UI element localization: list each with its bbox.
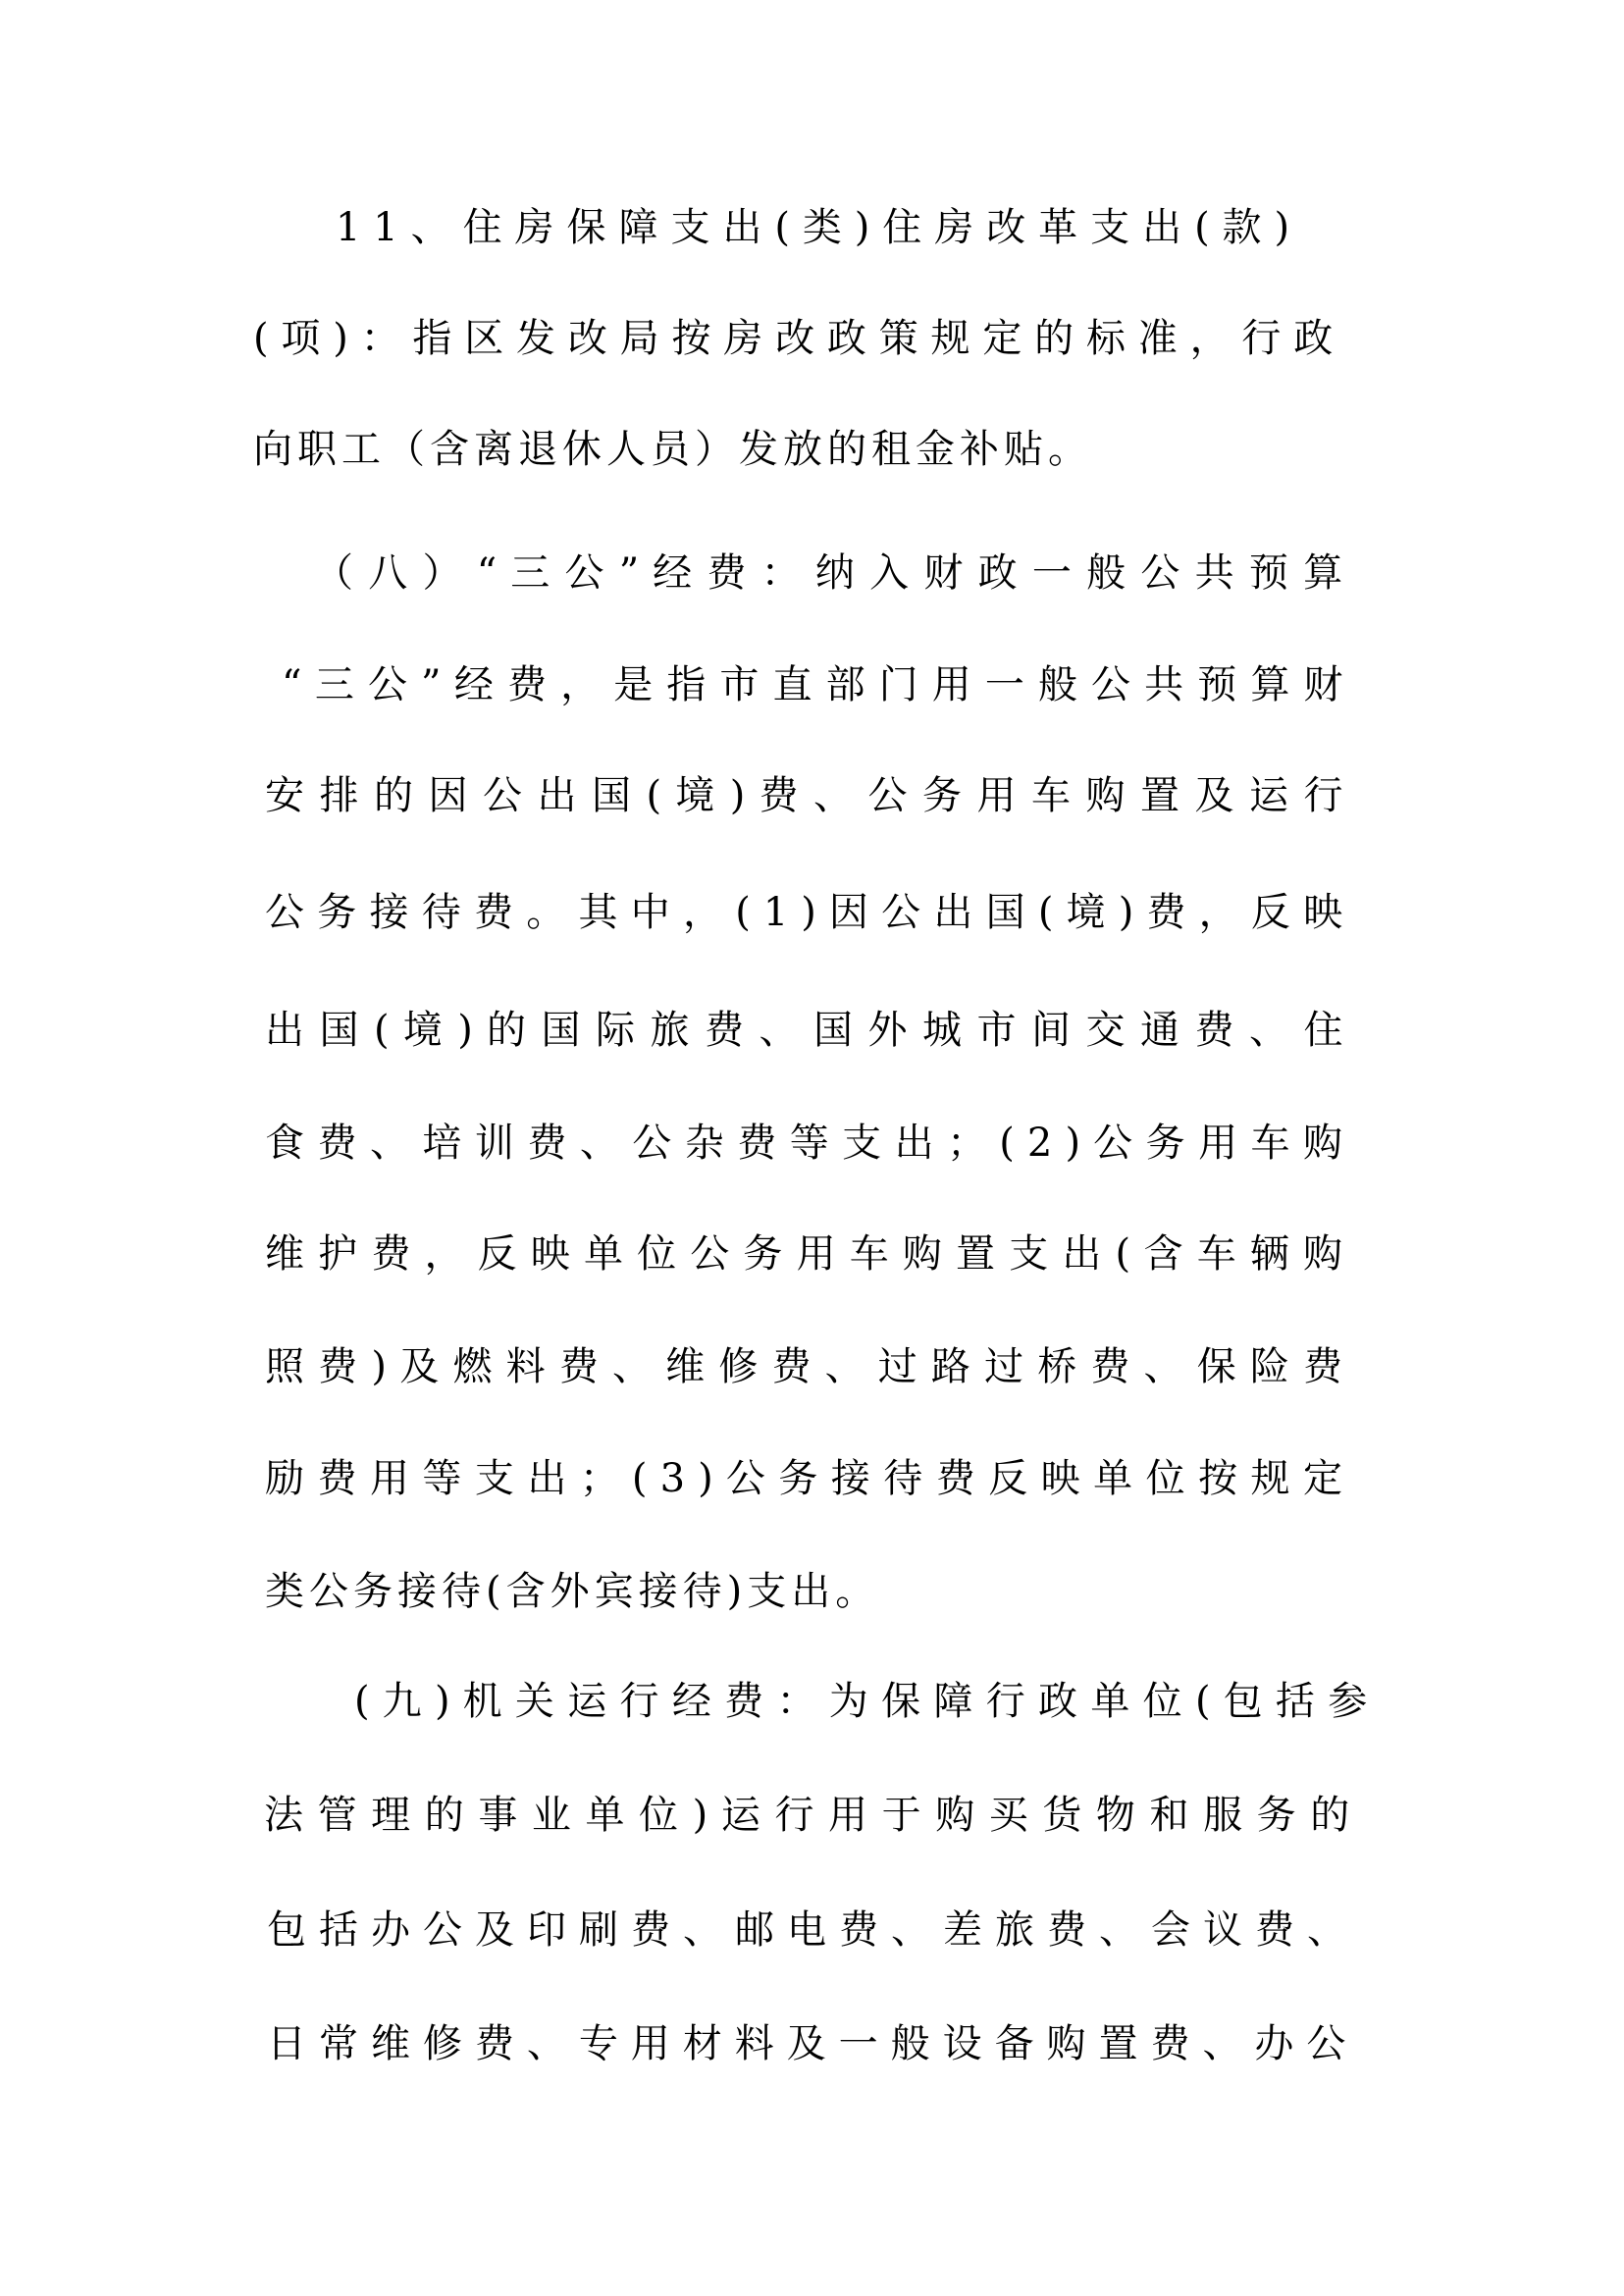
text-line: 向职工（含离退休人员）发放的租金补贴。 bbox=[253, 422, 1092, 477]
text-line: 维 护 费 ， 反 映 单 位 公 务 用 车 购 置 支 出 ( 含 车 辆 … bbox=[265, 1226, 1342, 1281]
section-heading-line: （ 八 ） “ 三 公 ” 经 费 ： 纳 入 财 政 一 般 公 共 预 算 … bbox=[314, 546, 1342, 600]
text-line: 励 费 用 等 支 出 ； ( 3 ) 公 务 接 待 费 反 映 单 位 按 … bbox=[265, 1451, 1342, 1506]
text-line: ( 项 ) ： 指 区 发 改 局 按 房 改 政 策 规 定 的 标 准 ， … bbox=[253, 311, 1333, 366]
section-heading-line: ( 九 ) 机 关 运 行 经 费 ： 为 保 障 行 政 单 位 ( 包 括 … bbox=[354, 1674, 1367, 1729]
text-line: 包 括 办 公 及 印 刷 费 、 邮 电 费 、 差 旅 费 、 会 议 费 … bbox=[267, 1903, 1346, 1957]
text-line: 日 常 维 修 费 、 专 用 材 料 及 一 般 设 备 购 置 费 、 办 … bbox=[267, 2016, 1345, 2071]
text-line: 出 国 ( 境 ) 的 国 际 旅 费 、 国 外 城 市 间 交 通 费 、 … bbox=[265, 1003, 1342, 1058]
document-page: 1 1 、 住 房 保 障 支 出 ( 类 ) 住 房 改 革 支 出 ( 款 … bbox=[0, 0, 1624, 2296]
text-line: 照 费 ) 及 燃 料 费 、 维 修 费 、 过 路 过 桥 费 、 保 险 … bbox=[265, 1339, 1342, 1394]
text-line: 1 1 、 住 房 保 障 支 出 ( 类 ) 住 房 改 革 支 出 ( 款 … bbox=[336, 200, 1289, 255]
text-line: 法 管 理 的 事 业 单 位 ) 运 行 用 于 购 买 货 物 和 服 务 … bbox=[264, 1788, 1349, 1843]
text-line: “ 三 公 ” 经 费 ， 是 指 市 直 部 门 用 一 般 公 共 预 算 … bbox=[282, 657, 1342, 712]
text-line: 公 务 接 待 费 。 其 中 ， ( 1 ) 因 公 出 国 ( 境 ) 费 … bbox=[265, 885, 1342, 940]
text-line: 类公务接待(含外宾接待)支出。 bbox=[265, 1564, 879, 1619]
text-line: 食 费 、 培 训 费 、 公 杂 费 等 支 出 ； ( 2 ) 公 务 用 … bbox=[265, 1116, 1342, 1171]
text-line: 安 排 的 因 公 出 国 ( 境 ) 费 、 公 务 用 车 购 置 及 运 … bbox=[265, 768, 1342, 823]
